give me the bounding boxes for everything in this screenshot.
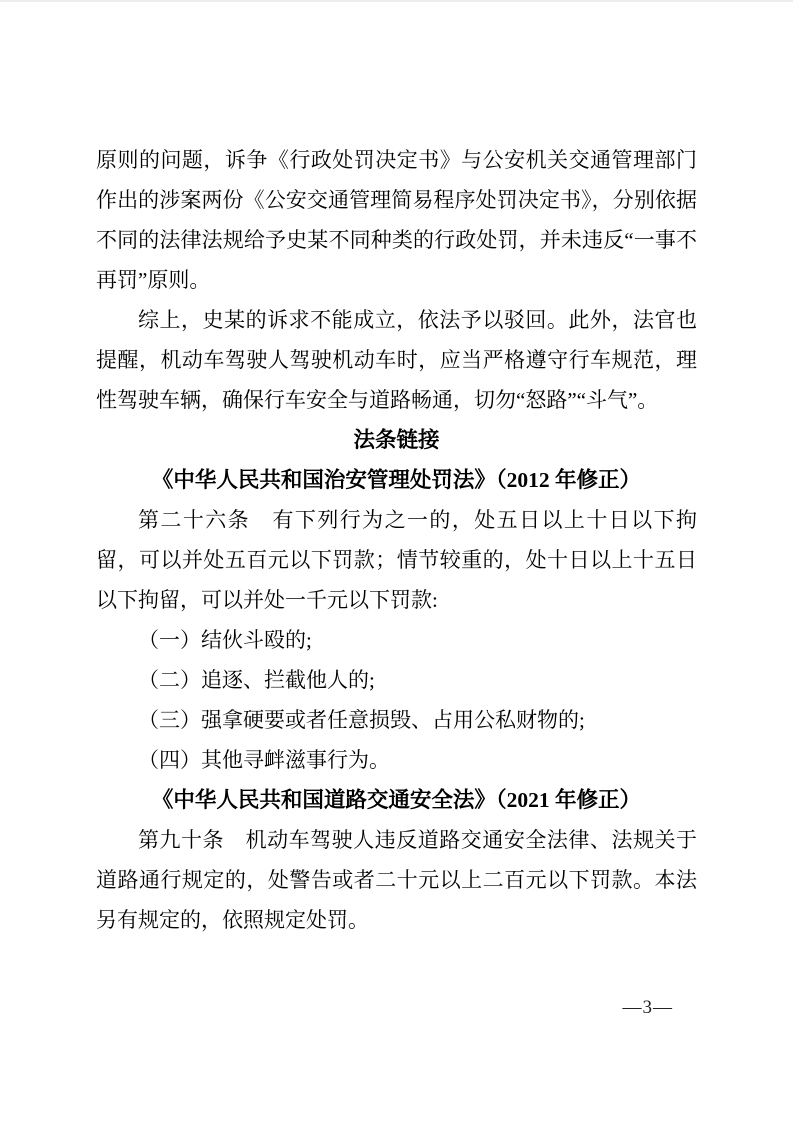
document-body: 原则的问题，诉争《行政处罚决定书》与公安机关交通管理部门作出的涉案两份《公安交通… (96, 140, 697, 940)
heading-public-security-law: 《中华人民共和国治安管理处罚法》（2012 年修正） (96, 460, 697, 500)
list-item-4: （四）其他寻衅滋事行为。 (96, 740, 697, 780)
list-item-3: （三）强拿硬要或者任意损毁、占用公私财物的; (96, 700, 697, 740)
paragraph-article-26: 第二十六条 有下列行为之一的，处五日以上十日以下拘留，可以并处五百元以下罚款；情… (96, 500, 697, 620)
paragraph-continuation: 原则的问题，诉争《行政处罚决定书》与公安机关交通管理部门作出的涉案两份《公安交通… (96, 140, 697, 300)
heading-law-links: 法条链接 (96, 420, 697, 460)
paragraph-summary: 综上，史某的诉求不能成立，依法予以驳回。此外，法官也提醒，机动车驾驶人驾驶机动车… (96, 300, 697, 420)
page-number: —3— (623, 997, 674, 1019)
document-page: 原则的问题，诉争《行政处罚决定书》与公安机关交通管理部门作出的涉案两份《公安交通… (0, 0, 793, 1122)
heading-road-traffic-safety-law: 《中华人民共和国道路交通安全法》（2021 年修正） (96, 780, 697, 820)
paragraph-article-90: 第九十条 机动车驾驶人违反道路交通安全法律、法规关于道路通行规定的，处警告或者二… (96, 820, 697, 940)
list-item-2: （二）追逐、拦截他人的; (96, 660, 697, 700)
list-item-1: （一）结伙斗殴的; (96, 620, 697, 660)
